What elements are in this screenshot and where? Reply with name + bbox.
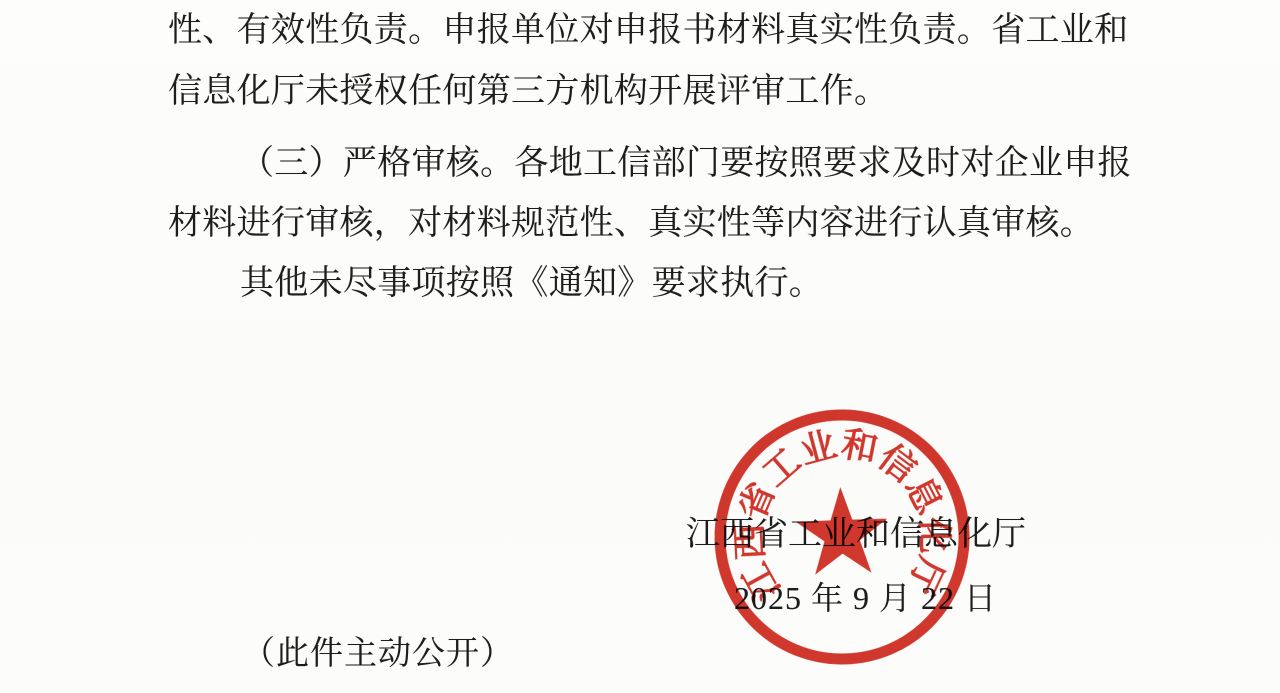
document-line: 信息化厅未授权任何第三方机构开展评审工作。 [168,75,888,109]
seal-star-icon [795,485,889,575]
document-line: 其他未尽事项按照《通知》要求执行。 [168,267,823,301]
publicity-note: （此件主动公开） [242,638,514,671]
svg-text:化: 化 [914,516,955,554]
svg-text:西: 西 [729,523,771,561]
document-line: 材料进行审核，对材料规范性、真实性等内容进行认真审核。 [168,207,1094,241]
document-line: （三）严格审核。各地工信部门要按照要求及时对企业申报 [168,147,1132,181]
svg-text:厅: 厅 [900,551,951,601]
document-line: 性、有效性负责。申报单位对申报书材料真实性负责。省工业和 [168,14,1128,48]
document-page: 性、有效性负责。申报单位对申报书材料真实性负责。省工业和 信息化厅未授权任何第三… [0,0,1280,693]
official-seal: 江西省工业和信息化厅 [705,399,978,672]
